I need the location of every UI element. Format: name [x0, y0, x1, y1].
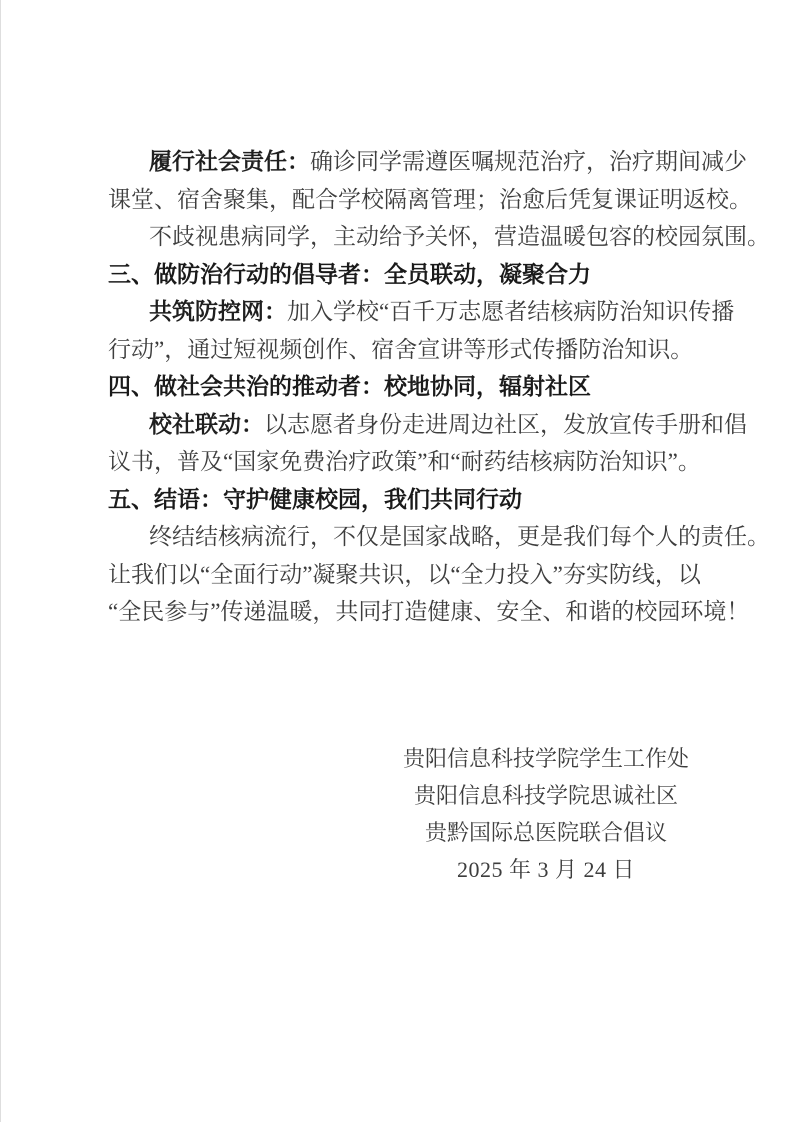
line-text: 议书，普及“国家免费治疗政策”和“耐药结核病防治知识”。 [108, 449, 701, 474]
paragraph-line: 终结结核病流行，不仅是国家战略，更是我们每个人的责任。 [108, 518, 780, 556]
line-text: “全民参与”传递温暖，共同打造健康、安全、和谐的校园环境！ [108, 599, 749, 624]
signature-line: 贵黔国际总医院联合倡议 [394, 814, 698, 851]
document-page: 履行社会责任：确诊同学需遵医嘱规范治疗，治疗期间减少 课堂、宿舍聚集，配合学校隔… [0, 0, 793, 1122]
paragraph-line: 履行社会责任：确诊同学需遵医嘱规范治疗，治疗期间减少 [108, 143, 780, 181]
line-text: 行动”，通过短视频创作、宿舍宣讲等形式传播防治知识。 [108, 337, 693, 362]
heading-text: 五、结语：守护健康校园，我们共同行动 [108, 486, 522, 512]
line-text: 课堂、宿舍聚集，配合学校隔离管理；治愈后凭复课证明返校。 [108, 187, 752, 212]
bold-run: 校社联动： [149, 411, 264, 437]
paragraph-line: 行动”，通过短视频创作、宿舍宣讲等形式传播防治知识。 [108, 331, 780, 369]
paragraph-line: 让我们以“全面行动”凝聚共识，以“全力投入”夯实防线，以 [108, 556, 780, 594]
paragraph-line: “全民参与”传递温暖，共同打造健康、安全、和谐的校园环境！ [108, 593, 780, 631]
document-body: 履行社会责任：确诊同学需遵医嘱规范治疗，治疗期间减少 课堂、宿舍聚集，配合学校隔… [108, 143, 780, 631]
signature-line: 贵阳信息科技学院学生工作处 [394, 740, 698, 777]
section-heading: 五、结语：守护健康校园，我们共同行动 [108, 481, 780, 519]
line-text: 确诊同学需遵医嘱规范治疗，治疗期间减少 [310, 149, 747, 174]
signature-block: 贵阳信息科技学院学生工作处 贵阳信息科技学院思诚社区 贵黔国际总医院联合倡议 2… [394, 740, 698, 888]
signature-line: 贵阳信息科技学院思诚社区 [394, 777, 698, 814]
paragraph-line: 不歧视患病同学，主动给予关怀，营造温暖包容的校园氛围。 [108, 218, 780, 256]
heading-text: 三、做防治行动的倡导者：全员联动，凝聚合力 [108, 261, 591, 287]
signature-date: 2025 年 3 月 24 日 [394, 851, 698, 888]
paragraph-line: 课堂、宿舍聚集，配合学校隔离管理；治愈后凭复课证明返校。 [108, 181, 780, 219]
line-text: 以志愿者身份走进周边社区，发放宣传手册和倡 [264, 412, 747, 437]
heading-text: 四、做社会共治的推动者：校地协同，辐射社区 [108, 373, 591, 399]
line-text: 加入学校“百千万志愿者结核病防治知识传播 [287, 299, 734, 324]
bold-run: 共筑防控网： [149, 298, 287, 324]
bold-run: 履行社会责任： [149, 148, 310, 174]
section-heading: 三、做防治行动的倡导者：全员联动，凝聚合力 [108, 256, 780, 294]
paragraph-line: 校社联动：以志愿者身份走进周边社区，发放宣传手册和倡 [108, 406, 780, 444]
section-heading: 四、做社会共治的推动者：校地协同，辐射社区 [108, 368, 780, 406]
line-text: 不歧视患病同学，主动给予关怀，营造温暖包容的校园氛围。 [149, 224, 770, 249]
line-text: 终结结核病流行，不仅是国家战略，更是我们每个人的责任。 [149, 524, 770, 549]
paragraph-line: 议书，普及“国家免费治疗政策”和“耐药结核病防治知识”。 [108, 443, 780, 481]
line-text: 让我们以“全面行动”凝聚共识，以“全力投入”夯实防线，以 [108, 562, 701, 587]
paragraph-line: 共筑防控网：加入学校“百千万志愿者结核病防治知识传播 [108, 293, 780, 331]
